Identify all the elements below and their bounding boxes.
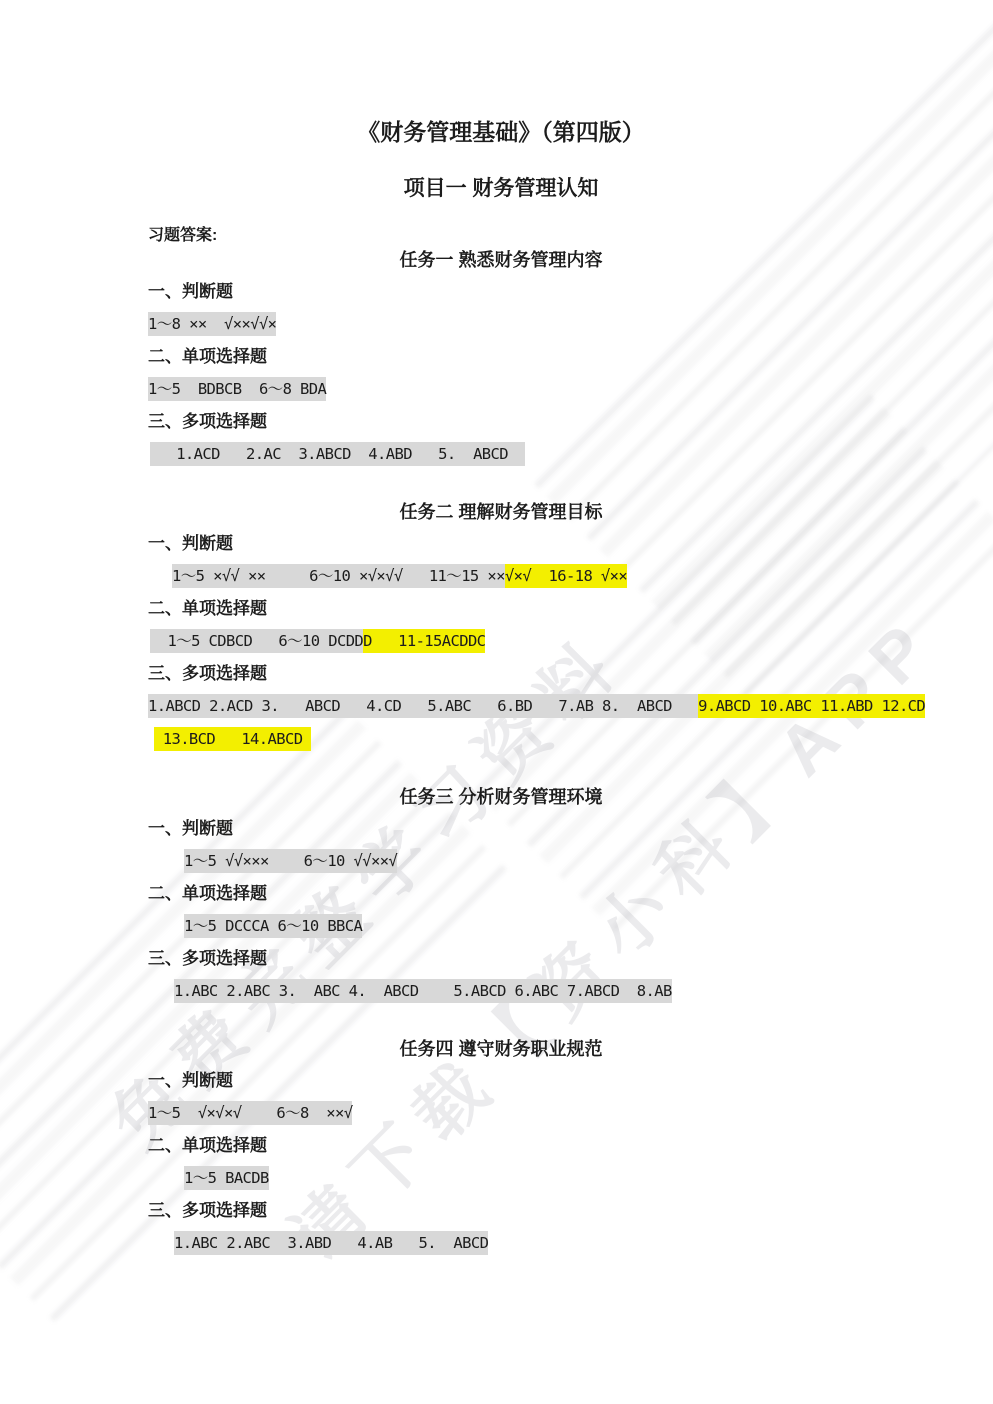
section-label: 三、多项选择题 <box>148 947 854 971</box>
answer-segment: 9.ABCD 10.ABC 11.ABD 12.CD <box>698 694 925 718</box>
section-label: 二、单项选择题 <box>148 597 854 621</box>
answer-line: 1～8 ×× √××√√× <box>148 312 854 336</box>
answer-line: 1～5 √√××× 6～10 √√××√ <box>184 849 854 873</box>
section-label: 二、单项选择题 <box>148 882 854 906</box>
answer-line: 1.ACD 2.AC 3.ABCD 4.ABD 5. ABCD <box>150 442 854 466</box>
answer-line: 1～5 √×√×√ 6～8 ××√ <box>148 1101 854 1125</box>
task-block: 任务三 分析财务管理环境一、判断题1～5 √√××× 6～10 √√××√二、单… <box>148 785 854 1003</box>
section-label: 三、多项选择题 <box>148 410 854 434</box>
document-page: 免费完整学习资料 请下载【资小科】APP 《财务管理基础》（第四版） 项目一 财… <box>0 0 993 1404</box>
section-label: 一、判断题 <box>148 532 854 556</box>
section-label: 三、多项选择题 <box>148 662 854 686</box>
answer-segment: 1.ACD 2.AC 3.ABCD 4.ABD 5. ABCD <box>150 442 525 466</box>
answer-segment: D 11-15ACDDC <box>363 629 485 653</box>
task-heading: 任务三 分析财务管理环境 <box>148 785 854 809</box>
answer-line: 13.BCD 14.ABCD <box>154 727 854 751</box>
answer-segment: 1～5 BACDB <box>184 1166 269 1190</box>
answer-segment: 13.BCD 14.ABCD <box>154 727 311 751</box>
task-block: 任务二 理解财务管理目标一、判断题1～5 ×√√ ×× 6～10 ×√×√√ 1… <box>148 500 854 751</box>
section-label: 一、判断题 <box>148 1069 854 1093</box>
section-label: 二、单项选择题 <box>148 345 854 369</box>
answer-segment: 1～8 ×× √××√√× <box>148 312 276 336</box>
section-label: 一、判断题 <box>148 817 854 841</box>
tasks-container: 任务一 熟悉财务管理内容一、判断题1～8 ×× √××√√×二、单项选择题1～5… <box>148 248 854 1255</box>
answer-line: 1～5 ×√√ ×× 6～10 ×√×√√ 11～15 ××√×√ 16-18 … <box>172 564 854 588</box>
answer-line: 1～5 CDBCD 6～10 DCDDD 11-15ACDDC <box>150 629 854 653</box>
answer-segment: 1～5 CDBCD 6～10 DCDD <box>150 629 363 653</box>
answer-segment: 1.ABC 2.ABC 3.ABD 4.AB 5. ABCD <box>174 1231 488 1255</box>
answer-segment: √×√ 16-18 √×× <box>505 564 627 588</box>
answer-segment: 1～5 DCCCA 6～10 BBCA <box>184 914 362 938</box>
answer-line: 1.ABC 2.ABC 3. ABC 4. ABCD 5.ABCD 6.ABC … <box>174 979 854 1003</box>
answers-label: 习题答案: <box>148 226 854 246</box>
answer-segment: 1～5 ×√√ ×× 6～10 ×√×√√ 11～15 ×× <box>172 564 505 588</box>
section-label: 三、多项选择题 <box>148 1199 854 1223</box>
section-label: 二、单项选择题 <box>148 1134 854 1158</box>
answer-segment: 1～5 √×√×√ 6～8 ××√ <box>148 1101 352 1125</box>
answer-line: 1.ABCD 2.ACD 3. ABCD 4.CD 5.ABC 6.BD 7.A… <box>148 694 854 718</box>
page-subtitle: 项目一 财务管理认知 <box>148 176 854 202</box>
answer-segment: 1.ABCD 2.ACD 3. ABCD 4.CD 5.ABC 6.BD 7.A… <box>148 694 698 718</box>
task-heading: 任务二 理解财务管理目标 <box>148 500 854 524</box>
task-heading: 任务四 遵守财务职业规范 <box>148 1037 854 1061</box>
task-block: 任务一 熟悉财务管理内容一、判断题1～8 ×× √××√√×二、单项选择题1～5… <box>148 248 854 466</box>
task-heading: 任务一 熟悉财务管理内容 <box>148 248 854 272</box>
document-content: 《财务管理基础》（第四版） 项目一 财务管理认知 习题答案: 任务一 熟悉财务管… <box>148 118 854 1264</box>
task-block: 任务四 遵守财务职业规范一、判断题1～5 √×√×√ 6～8 ××√二、单项选择… <box>148 1037 854 1255</box>
answer-segment: 1～5 √√××× 6～10 √√××√ <box>184 849 397 873</box>
page-title: 《财务管理基础》（第四版） <box>148 118 854 146</box>
answer-segment: 1.ABC 2.ABC 3. ABC 4. ABCD 5.ABCD 6.ABC … <box>174 979 672 1003</box>
answer-segment: 1～5 BDBCB 6～8 BDA <box>148 377 326 401</box>
answer-line: 1～5 BACDB <box>184 1166 854 1190</box>
answer-line: 1～5 BDBCB 6～8 BDA <box>148 377 854 401</box>
section-label: 一、判断题 <box>148 280 854 304</box>
answer-line: 1～5 DCCCA 6～10 BBCA <box>184 914 854 938</box>
answer-line: 1.ABC 2.ABC 3.ABD 4.AB 5. ABCD <box>174 1231 854 1255</box>
